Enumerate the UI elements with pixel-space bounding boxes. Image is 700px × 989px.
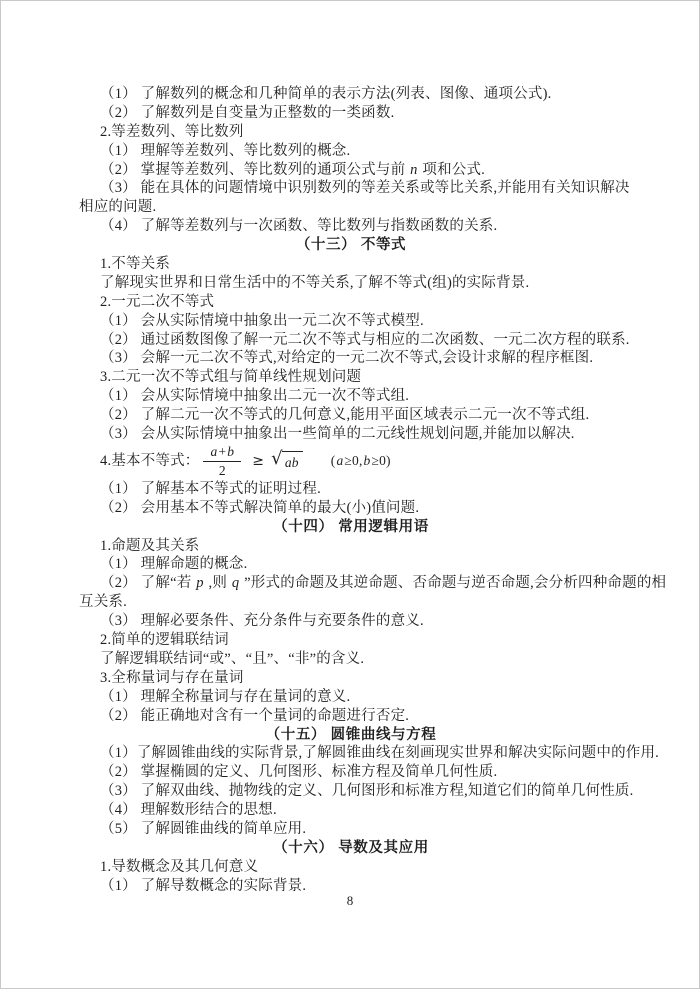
text-run: （2） 了解二元一次不等式的几何意义,能用平面区域表示二元一次不等式组.: [100, 407, 589, 423]
text-line: （1） 理解等差数列、等比数列的概念.: [79, 142, 623, 161]
text-run: （3） 会从实际情境中抽象出一些简单的二元线性规划问题,并能加以解决.: [100, 426, 575, 442]
formula-line: 4.基本不等式：a+b2≥√ab(a≥0,b≥0): [79, 444, 623, 480]
text-line: （3） 能在具体的问题情境中识别数列的等差关系或等比关系,并能用有关知识解决: [79, 179, 623, 198]
text-run: （5） 了解圆锥曲线的简单应用.: [100, 821, 306, 837]
geq-symbol: ≥: [252, 452, 264, 471]
math-variable: p: [195, 575, 204, 591]
text-run: （十三） 不等式: [296, 237, 406, 253]
text-line: （1） 了解数列的概念和几种简单的表示方法(列表、图像、通项公式).: [79, 85, 623, 104]
section-heading: （十五） 圆锥曲线与方程: [79, 726, 623, 745]
sqrt-radicand: ab: [282, 451, 303, 473]
text-line: 1.不等关系: [79, 255, 623, 274]
text-line: 3.全称量词与存在量词: [79, 669, 623, 688]
text-run: 1.不等关系: [100, 256, 170, 272]
text-line: 互关系.: [79, 593, 623, 612]
math-variable: ab: [284, 455, 300, 470]
section-heading: （十四） 常用逻辑用语: [79, 518, 623, 537]
text-run: （2） 能正确地对含有一个量词的命题进行否定.: [100, 708, 409, 724]
text-line: （1）了解圆锥曲线的实际背景,了解圆锥曲线在刻画现实世界和解决实际问题中的作用.: [79, 744, 623, 763]
formula-condition: (a≥0,b≥0): [331, 452, 391, 471]
text-line: 2.一元二次不等式: [79, 293, 623, 312]
text-line: （5） 了解圆锥曲线的简单应用.: [79, 820, 623, 839]
text-run: ≥0): [371, 453, 390, 468]
math-variable: b: [226, 444, 235, 459]
text-run: （1） 了解导数概念的实际背景.: [100, 878, 306, 894]
text-run: （2） 会用基本不等式解决简单的最大(小)值问题.: [100, 500, 419, 516]
math-variable: n: [409, 162, 418, 178]
text-line: 了解现实世界和日常生活中的不等关系,了解不等式(组)的实际背景.: [79, 274, 623, 293]
text-line: （3） 理解必要条件、充分条件与充要条件的意义.: [79, 612, 623, 631]
text-run: （2） 了解“若: [100, 575, 195, 591]
text-run: （2） 掌握椭圆的定义、几何图形、标准方程及简单几何性质.: [100, 764, 497, 780]
formula-label: 4.基本不等式：: [100, 452, 199, 471]
text-run: （1） 会从实际情境中抽象出一元二次不等式模型.: [100, 313, 424, 329]
text-run: （3） 会解一元二次不等式,对给定的一元二次不等式,会设计求解的程序框图.: [100, 350, 593, 366]
text-run: 3.二元一次不等式组与简单线性规划问题: [100, 369, 361, 385]
text-run: （3） 了解双曲线、抛物线的定义、几何图形和标准方程,知道它们的简单几何性质.: [100, 783, 633, 799]
text-line: 2.简单的逻辑联结词: [79, 631, 623, 650]
text-line: （3） 了解双曲线、抛物线的定义、几何图形和标准方程,知道它们的简单几何性质.: [79, 782, 623, 801]
section-heading: （十三） 不等式: [79, 236, 623, 255]
document-page: （1） 了解数列的概念和几种简单的表示方法(列表、图像、通项公式).（2） 了解…: [0, 0, 700, 989]
page-number: 8: [1, 893, 699, 909]
fraction: a+b2: [203, 445, 241, 478]
text-line: （1） 理解全称量词与存在量词的意义.: [79, 688, 623, 707]
text-run: 2.简单的逻辑联结词: [100, 632, 229, 648]
text-run: （1） 理解等差数列、等比数列的概念.: [100, 143, 350, 159]
text-line: （2） 了解二元一次不等式的几何意义,能用平面区域表示二元一次不等式组.: [79, 406, 623, 425]
text-run: （4） 理解数形结合的思想.: [100, 802, 277, 818]
text-line: （2） 通过函数图像了解一元二次不等式与相应的二次函数、一元二次方程的联系.: [79, 331, 623, 350]
text-line: （2） 掌握椭圆的定义、几何图形、标准方程及简单几何性质.: [79, 763, 623, 782]
text-line: （4） 理解数形结合的思想.: [79, 801, 623, 820]
text-run: （十六） 导数及其应用: [273, 840, 429, 856]
text-run: （1） 理解命题的概念.: [100, 556, 247, 572]
text-line: （1） 了解基本不等式的证明过程.: [79, 480, 623, 499]
text-line: 了解逻辑联结词“或”、“且”、“非”的含义.: [79, 650, 623, 669]
text-line: 2.等差数列、等比数列: [79, 123, 623, 142]
text-line: （2） 能正确地对含有一个量词的命题进行否定.: [79, 707, 623, 726]
text-line: （4） 了解等差数列与一次函数、等比数列与指数函数的关系.: [79, 217, 623, 236]
text-line: 1.命题及其关系: [79, 537, 623, 556]
text-run: （十五） 圆锥曲线与方程: [266, 727, 437, 743]
text-line: （1） 理解命题的概念.: [79, 555, 623, 574]
text-run: （1） 会从实际情境中抽象出二元一次不等式组.: [100, 388, 409, 404]
section-heading: （十六） 导数及其应用: [79, 839, 623, 858]
text-run: （2） 掌握等差数列、等比数列的通项公式与前: [100, 162, 409, 178]
text-run: （2） 通过函数图像了解一元二次不等式与相应的二次函数、一元二次方程的联系.: [100, 332, 630, 348]
text-run: 1.导数概念及其几何意义: [100, 859, 258, 875]
text-run: 3.全称量词与存在量词: [100, 670, 244, 686]
text-line: （3） 会解一元二次不等式,对给定的一元二次不等式,会设计求解的程序框图.: [79, 349, 623, 368]
text-run: 相应的问题.: [79, 199, 156, 215]
text-line: （2） 了解“若 p ,则 q ”形式的命题及其逆命题、否命题与逆否命题,会分析…: [79, 574, 623, 593]
text-run: （2） 了解数列是自变量为正整数的一类函数.: [100, 105, 394, 121]
text-run: （1） 了解基本不等式的证明过程.: [100, 481, 321, 497]
text-run: （4） 了解等差数列与一次函数、等比数列与指数函数的关系.: [100, 218, 497, 234]
text-run: ,则: [205, 575, 231, 591]
text-run: 1.命题及其关系: [100, 538, 199, 554]
text-run: （3） 能在具体的问题情境中识别数列的等差关系或等比关系,并能用有关知识解决: [100, 180, 630, 196]
math-variable: q: [231, 575, 240, 591]
text-run: 了解逻辑联结词“或”、“且”、“非”的含义.: [100, 651, 364, 667]
text-line: （3） 会从实际情境中抽象出一些简单的二元线性规划问题,并能加以解决.: [79, 425, 623, 444]
fraction-numerator: a+b: [203, 445, 241, 462]
text-run: 2.一元二次不等式: [100, 294, 214, 310]
text-run: （十四） 常用逻辑用语: [273, 519, 429, 535]
text-run: 了解现实世界和日常生活中的不等关系,了解不等式(组)的实际背景.: [100, 275, 529, 291]
text-run: 2.等差数列、等比数列: [100, 124, 244, 140]
text-run: 互关系.: [79, 594, 127, 610]
text-run: （1） 了解数列的概念和几种简单的表示方法(列表、图像、通项公式).: [100, 86, 551, 102]
text-line: （2） 会用基本不等式解决简单的最大(小)值问题.: [79, 499, 623, 518]
text-run: ”形式的命题及其逆命题、否命题与逆否命题,会分析四种命题的相: [240, 575, 666, 591]
text-line: 相应的问题.: [79, 198, 623, 217]
text-line: （1） 会从实际情境中抽象出二元一次不等式组.: [79, 387, 623, 406]
text-line: （1） 会从实际情境中抽象出一元二次不等式模型.: [79, 312, 623, 331]
text-run: （3） 理解必要条件、充分条件与充要条件的意义.: [100, 613, 424, 629]
text-run: （1）了解圆锥曲线的实际背景,了解圆锥曲线在刻画现实世界和解决实际问题中的作用.: [100, 745, 659, 761]
document-body: （1） 了解数列的概念和几种简单的表示方法(列表、图像、通项公式).（2） 了解…: [79, 85, 623, 896]
fraction-denominator: 2: [219, 462, 226, 478]
text-run: ≥0,: [344, 453, 362, 468]
text-line: （2） 掌握等差数列、等比数列的通项公式与前 n 项和公式.: [79, 161, 623, 180]
text-run: 项和公式.: [419, 162, 485, 178]
text-line: 1.导数概念及其几何意义: [79, 858, 623, 877]
text-line: 3.二元一次不等式组与简单线性规划问题: [79, 368, 623, 387]
text-line: （2） 了解数列是自变量为正整数的一类函数.: [79, 104, 623, 123]
sqrt-expression: √ab: [271, 450, 303, 473]
text-run: （1） 理解全称量词与存在量词的意义.: [100, 689, 350, 705]
